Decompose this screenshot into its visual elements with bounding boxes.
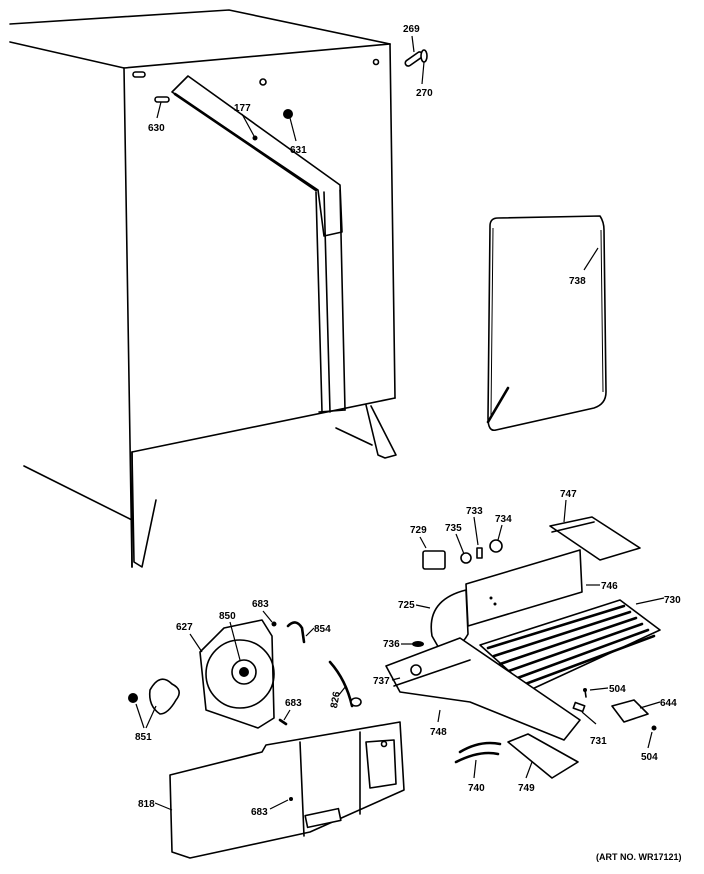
- cabinet: [10, 10, 396, 567]
- svg-text:749: 749: [518, 783, 535, 794]
- svg-text:627: 627: [176, 622, 193, 633]
- svg-text:851: 851: [135, 732, 152, 743]
- svg-text:683: 683: [252, 599, 269, 610]
- part-683-mid[interactable]: 683: [280, 698, 302, 724]
- art-number: (ART NO. WR17121): [596, 852, 682, 862]
- part-504-top[interactable]: 504: [583, 684, 626, 697]
- svg-text:736: 736: [383, 639, 400, 650]
- part-826[interactable]: 826: [329, 662, 361, 709]
- part-733[interactable]: 733: [466, 506, 483, 558]
- svg-text:737: 737: [373, 676, 390, 687]
- part-630[interactable]: 630: [148, 97, 169, 134]
- part-270[interactable]: 270: [416, 62, 433, 99]
- svg-text:734: 734: [495, 514, 512, 525]
- part-740[interactable]: 740: [456, 743, 500, 794]
- parts-diagram: 630 177 631 269 270 738 747 729: [0, 0, 704, 874]
- svg-text:740: 740: [468, 783, 485, 794]
- svg-text:738: 738: [569, 276, 586, 287]
- part-644[interactable]: 644: [612, 698, 677, 722]
- svg-text:504: 504: [609, 684, 626, 695]
- part-627[interactable]: 627: [176, 620, 274, 728]
- part-738[interactable]: 738: [488, 216, 606, 430]
- svg-text:826: 826: [329, 690, 343, 709]
- part-854[interactable]: 854: [288, 622, 331, 642]
- part-269[interactable]: 269: [403, 24, 427, 67]
- part-747[interactable]: 747: [550, 489, 640, 560]
- svg-text:683: 683: [285, 698, 302, 709]
- part-736[interactable]: 736: [383, 639, 424, 650]
- svg-text:644: 644: [660, 698, 677, 709]
- part-749[interactable]: 749: [508, 734, 578, 794]
- svg-text:630: 630: [148, 123, 165, 134]
- svg-text:269: 269: [403, 24, 420, 35]
- svg-text:850: 850: [219, 611, 236, 622]
- part-851[interactable]: 851: [128, 679, 179, 743]
- part-504-bottom[interactable]: 504: [641, 726, 658, 764]
- svg-text:730: 730: [664, 595, 681, 606]
- svg-text:731: 731: [590, 736, 607, 747]
- part-735[interactable]: 735: [445, 523, 471, 563]
- svg-text:504: 504: [641, 752, 658, 763]
- svg-text:729: 729: [410, 525, 427, 536]
- part-818[interactable]: 818: [138, 722, 404, 858]
- svg-text:746: 746: [601, 581, 618, 592]
- svg-text:683: 683: [251, 807, 268, 818]
- part-729[interactable]: 729: [410, 525, 445, 569]
- svg-text:818: 818: [138, 799, 155, 810]
- part-734[interactable]: 734: [490, 514, 512, 552]
- svg-text:177: 177: [234, 103, 251, 114]
- svg-text:270: 270: [416, 88, 433, 99]
- svg-text:631: 631: [290, 145, 307, 156]
- svg-text:735: 735: [445, 523, 462, 534]
- part-731[interactable]: 731: [573, 702, 607, 747]
- svg-text:747: 747: [560, 489, 577, 500]
- svg-text:733: 733: [466, 506, 483, 517]
- svg-text:725: 725: [398, 600, 415, 611]
- svg-text:748: 748: [430, 727, 447, 738]
- part-748[interactable]: 748: [430, 710, 447, 738]
- svg-text:854: 854: [314, 624, 331, 635]
